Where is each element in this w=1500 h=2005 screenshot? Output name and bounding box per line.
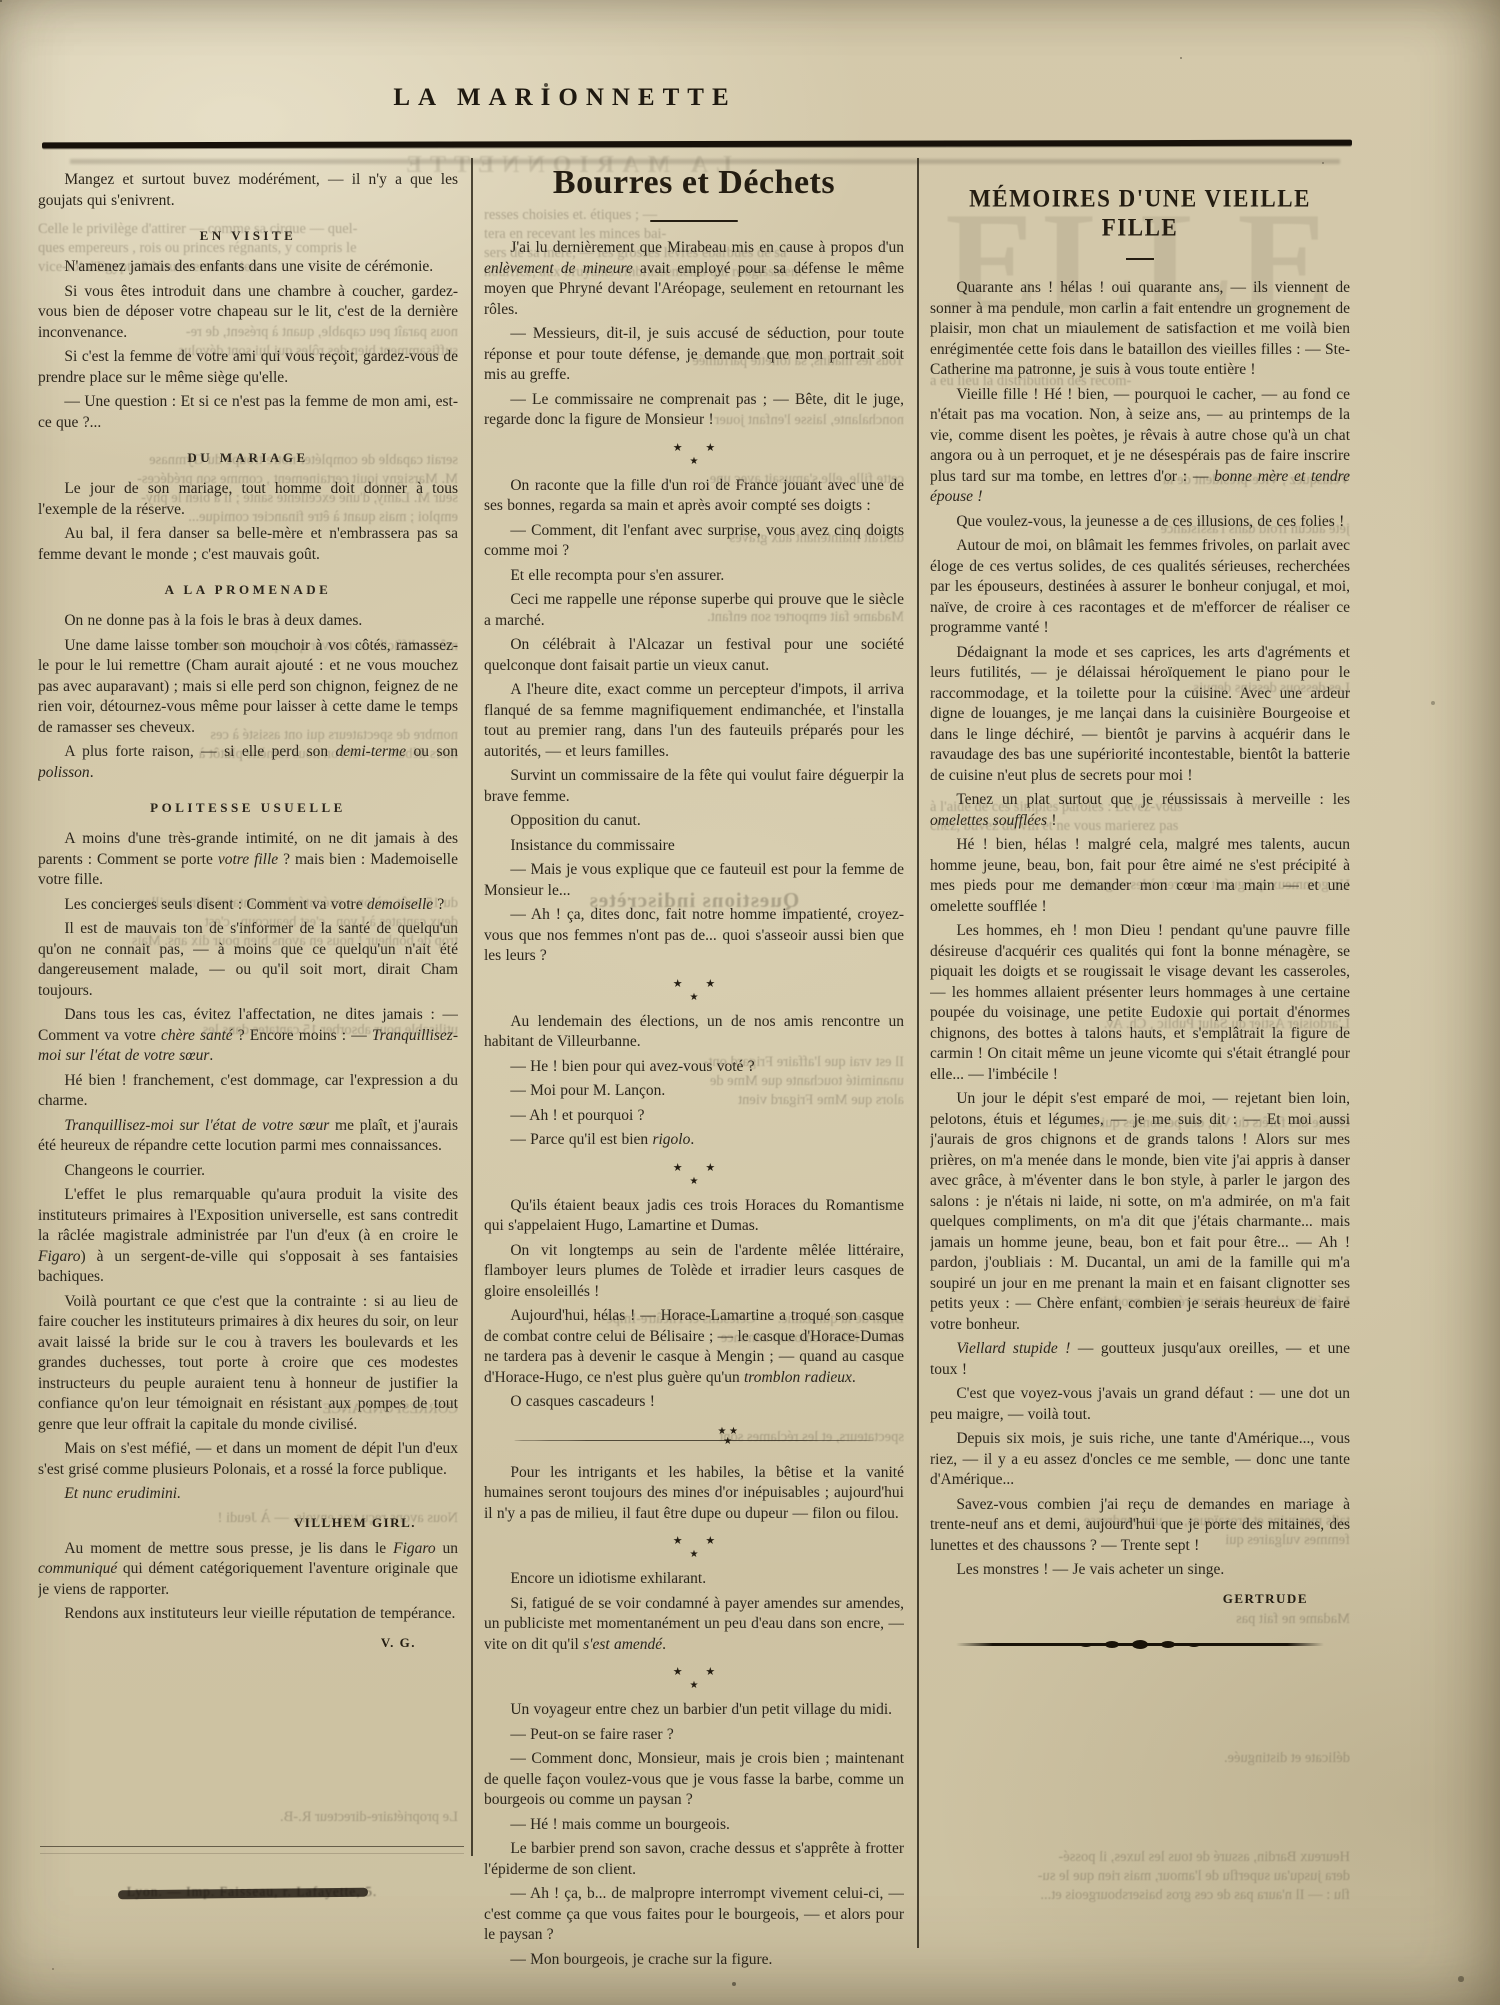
- article-title: Bourres et Déchets: [484, 164, 904, 202]
- paragraph: — Moi pour M. Lançon.: [484, 1081, 904, 1102]
- paragraph: Un voyageur entre chez un barbier d'un p…: [484, 1700, 904, 1721]
- paragraph: Encore un idiotisme exhilarant.: [484, 1569, 904, 1590]
- paragraph: Si vous êtes introduit dans une chambre …: [38, 282, 458, 344]
- bleedthrough-text: flu : — Il n'aura pas de ces gros baiser…: [930, 1886, 1350, 1905]
- paragraph: L'effet le plus remarquable qu'aura prod…: [38, 1185, 458, 1288]
- paragraph: Survint un commissaire de la fête qui vo…: [484, 766, 904, 807]
- paragraph: — He ! bien pour qui avez-vous voté ?: [484, 1057, 904, 1078]
- paragraph: — Une question : Et si ce n'est pas la f…: [38, 392, 458, 433]
- paragraph: Au bal, il fera danser sa belle-mère et …: [38, 524, 458, 565]
- newspaper-page: LA MARIONNETTE LA MARIONNETTE Celle le p…: [0, 0, 1500, 2005]
- column-right-content: MÉMOIRES D'UNE VIEILLE FILLEQuarante ans…: [930, 162, 1350, 1651]
- paragraph: Qu'ils étaient beaux jadis ces trois Hor…: [484, 1196, 904, 1237]
- signature: V. G.: [38, 1635, 416, 1651]
- paragraph: Au lendemain des élections, un de nos am…: [484, 1012, 904, 1053]
- masthead-rule: [42, 140, 1352, 149]
- paragraph: Un jour le dépit s'est emparé de moi, — …: [930, 1089, 1350, 1335]
- paragraph: Ceci me rappelle une réponse superbe qui…: [484, 590, 904, 631]
- star-divider: ★ ★★: [484, 1534, 904, 1561]
- section-heading: POLITESSE USUELLE: [38, 800, 458, 816]
- paragraph: Hé ! bien, hélas ! malgré cela, malgré m…: [930, 835, 1350, 917]
- paragraph: Et nunc erudimini.: [38, 1484, 458, 1505]
- title-rule: [650, 220, 738, 222]
- paragraph: — Messieurs, dit-il, je suis accusé de s…: [484, 324, 904, 386]
- bleedthrough-text: dera jusqu'au superflu de l'amour, mais …: [930, 1867, 1350, 1886]
- signature: VILLHEM GIRL.: [38, 1515, 416, 1531]
- paragraph: On célébrait à l'Alcazar un festival pou…: [484, 635, 904, 676]
- bleedthrough-text: Heureux Bardin, assuré de tous les luxes…: [930, 1848, 1350, 1867]
- column-divider-rule: [917, 158, 919, 1948]
- paragraph: Savez-vous combien j'ai reçu de demandes…: [930, 1495, 1350, 1557]
- end-ornament: [956, 1637, 1324, 1651]
- paper-specks: [0, 0, 2, 2]
- paragraph: Mangez et surtout buvez modérément, — il…: [38, 170, 458, 211]
- paragraph: On ne donne pas à la fois le bras à deux…: [38, 611, 458, 632]
- paragraph: — Le commissaire ne comprenait pas ; — B…: [484, 390, 904, 431]
- paragraph: Les hommes, eh ! mon Dieu ! pendant qu'u…: [930, 921, 1350, 1085]
- paragraph: Il est de mauvais ton de s'informer de l…: [38, 919, 458, 1001]
- masthead-title: LA MARIONNETTE: [0, 84, 1130, 112]
- paragraph: Aujourd'hui, hélas ! — Horace-Lamartine …: [484, 1306, 904, 1388]
- paragraph: Rendons aux instituteurs leur vieille ré…: [38, 1604, 458, 1625]
- columns-container: Celle le privilège d'attirer — comme sa …: [38, 162, 1350, 1972]
- paragraph: Pour les intrigants et les habiles, la b…: [484, 1463, 904, 1525]
- paragraph: On raconte que la fille d'un roi de Fran…: [484, 476, 904, 517]
- paragraph: O casques cascadeurs !: [484, 1392, 904, 1413]
- paragraph: Les monstres ! — Je vais acheter un sing…: [930, 1560, 1350, 1581]
- paragraph: Hé bien ! franchement, c'est dommage, ca…: [38, 1071, 458, 1112]
- paragraph: N'amenez jamais des enfants dans une vis…: [38, 257, 458, 278]
- column-divider-rule: [471, 158, 473, 1856]
- paragraph: — Ah ! et pourquoi ?: [484, 1106, 904, 1127]
- paragraph: — Hé ! mais comme un bourgeois.: [484, 1815, 904, 1836]
- paragraph: A l'heure dite, exact comme un percepteu…: [484, 680, 904, 762]
- paragraph: Dédaignant la mode et ses caprices, les …: [930, 643, 1350, 787]
- star-divider: ★ ★★: [484, 441, 904, 468]
- section-heading: DU MARIAGE: [38, 450, 458, 466]
- section-heading: EN VISITE: [38, 228, 458, 244]
- paragraph: Tranquillisez-moi sur l'état de votre sœ…: [38, 1116, 458, 1157]
- paragraph: — Mais je vous explique que ce fauteuil …: [484, 860, 904, 901]
- paragraph: Vieille fille ! Hé ! bien, — pourquoi le…: [930, 385, 1350, 508]
- paragraph: Tenez un plat surtout que je réussissais…: [930, 790, 1350, 831]
- paragraph: — Comment, dit l'enfant avec surprise, v…: [484, 521, 904, 562]
- paragraph: Viellard stupide ! — goutteux jusqu'aux …: [930, 1339, 1350, 1380]
- paragraph: Opposition du canut.: [484, 811, 904, 832]
- column-right: ELLEa eu lieu la distribution des recom-…: [930, 162, 1350, 1972]
- column-left-content: Mangez et surtout buvez modérément, — il…: [38, 162, 458, 1651]
- column-middle-content: Bourres et DéchetsJ'ai lu dernièrement q…: [484, 164, 904, 1970]
- paragraph: C'est que voyez-vous j'avais un grand dé…: [930, 1384, 1350, 1425]
- paragraph: Depuis six mois, je suis riche, une tant…: [930, 1429, 1350, 1491]
- paragraph: Insistance du commissaire: [484, 836, 904, 857]
- paragraph: Changeons le courrier.: [38, 1161, 458, 1182]
- paragraph: Autour de moi, on blâmait les femmes fri…: [930, 536, 1350, 639]
- star-divider: ★ ★★: [484, 977, 904, 1004]
- paragraph: Au moment de mettre sous presse, je lis …: [38, 1539, 458, 1601]
- paragraph: — Ah ! ça, b... de malpropre interrompt …: [484, 1884, 904, 1946]
- paragraph: A moins d'une très-grande intimité, on n…: [38, 829, 458, 891]
- paragraph: — Ah ! ça, dites donc, fait notre homme …: [484, 905, 904, 967]
- bleedthrough-text: Le propriétaire-directeur R.-B.: [38, 1808, 458, 1827]
- paragraph: Les concierges seuls disent : Comment va…: [38, 895, 458, 916]
- paragraph: — Comment donc, Monsieur, mais je crois …: [484, 1749, 904, 1811]
- paragraph: Si, fatigué de se voir condamné à payer …: [484, 1594, 904, 1656]
- section-heading: A LA PROMENADE: [38, 582, 458, 598]
- paragraph: On vit longtemps au sein de l'ardente mê…: [484, 1241, 904, 1303]
- paragraph: Voilà pourtant ce que c'est que la contr…: [38, 1292, 458, 1436]
- paragraph: J'ai lu dernièrement que Mirabeau mis en…: [484, 238, 904, 320]
- bleedthrough-text: délicate et distinguée.: [930, 1749, 1350, 1768]
- paragraph: A plus forte raison, — si elle perd son …: [38, 742, 458, 783]
- paragraph: Mais on s'est méfié, — et dans un moment…: [38, 1439, 458, 1480]
- column-left: Celle le privilège d'attirer — comme sa …: [38, 162, 458, 1972]
- column-middle: resses choisies et. étiques ; —tera en r…: [484, 162, 904, 1972]
- paragraph: Quarante ans ! hélas ! oui quarante ans,…: [930, 278, 1350, 381]
- title-dash: [1126, 258, 1154, 260]
- paragraph: Si c'est la femme de votre ami qui vous …: [38, 347, 458, 388]
- paragraph: Dans tous les cas, évitez l'affectation,…: [38, 1005, 458, 1067]
- paragraph: — Parce qu'il est bien rigolo.: [484, 1130, 904, 1151]
- star-divider: ★ ★★: [484, 1665, 904, 1692]
- paragraph: Le barbier prend son savon, crache dessu…: [484, 1839, 904, 1880]
- paragraph: — Peut-on se faire raser ?: [484, 1725, 904, 1746]
- star-divider: ★ ★★: [484, 1161, 904, 1188]
- paragraph: Que voulez-vous, la jeunesse a de ces il…: [930, 512, 1350, 533]
- paragraph: — Mon bourgeois, je crache sur la figure…: [484, 1950, 904, 1971]
- signature: GERTRUDE: [930, 1591, 1308, 1607]
- paragraph: Et elle recompta pour s'en assurer.: [484, 566, 904, 587]
- paragraph: Une dame laisse tomber son mouchoir à vo…: [38, 636, 458, 739]
- ornament-divider: ★ ★★: [498, 1431, 890, 1449]
- article-title: MÉMOIRES D'UNE VIEILLE FILLE: [930, 184, 1350, 242]
- paragraph: Le jour de son mariage, tout homme doit …: [38, 479, 458, 520]
